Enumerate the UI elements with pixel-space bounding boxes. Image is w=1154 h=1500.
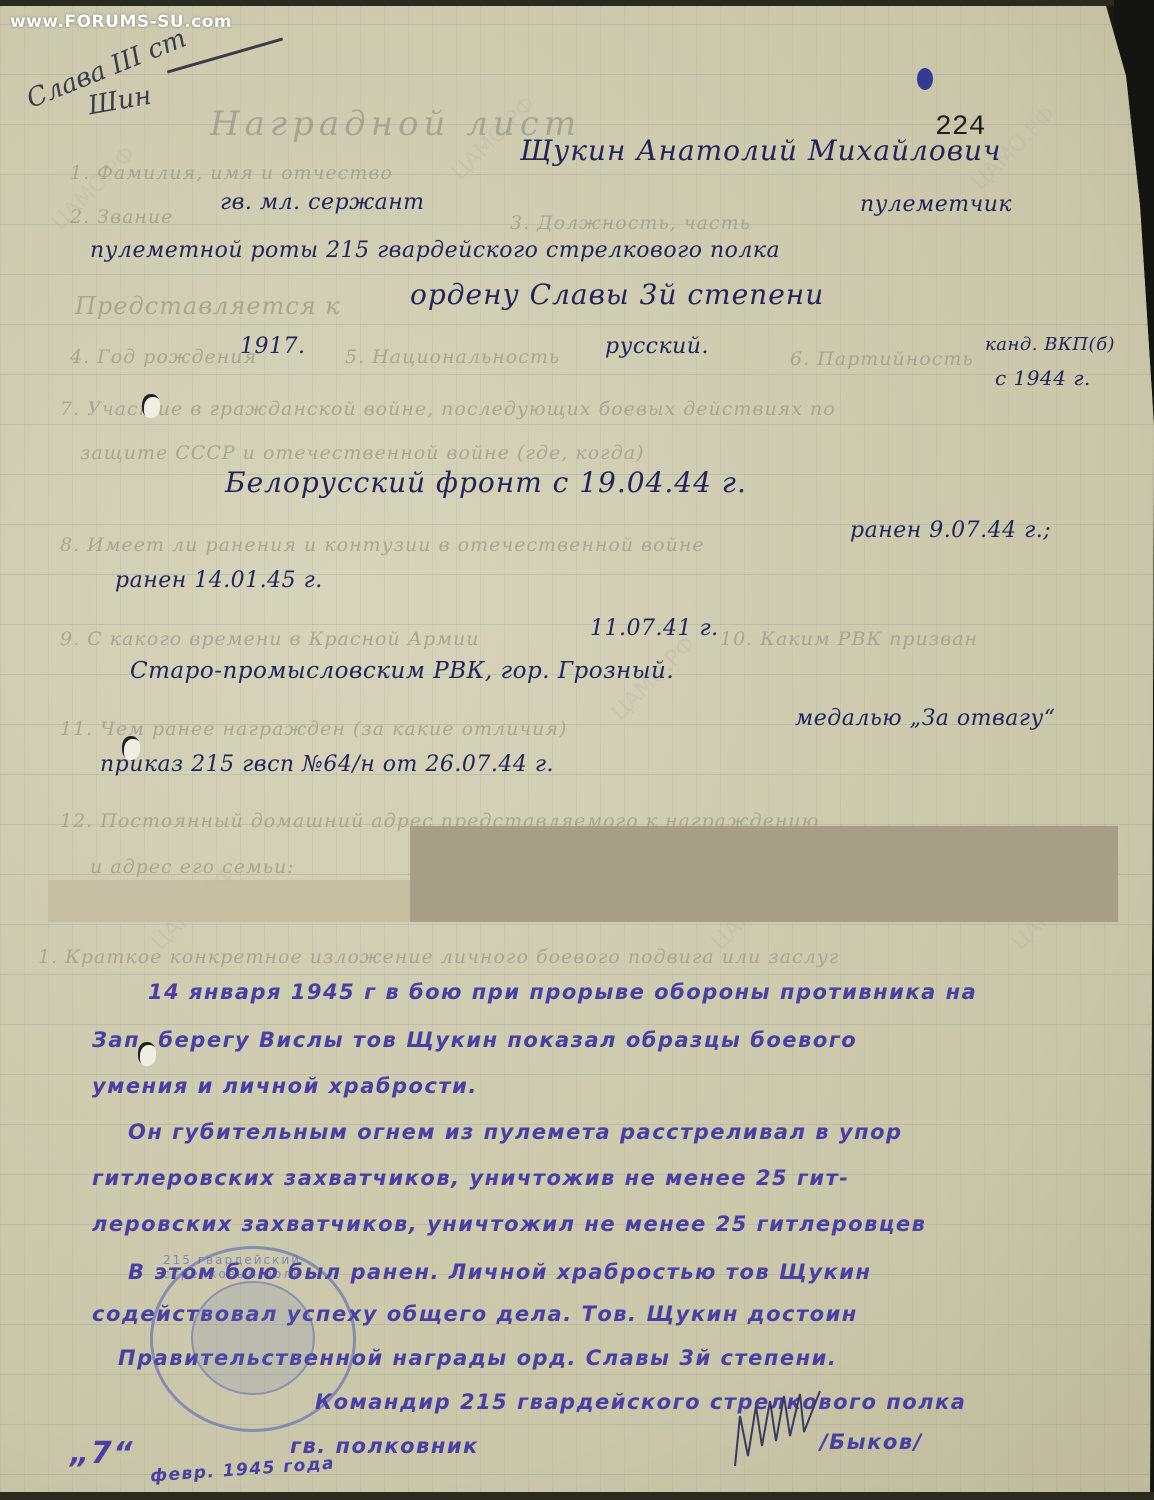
redacted-address-block bbox=[410, 826, 1118, 922]
punch-hole bbox=[142, 394, 160, 418]
field-label-rank: 2. Звание bbox=[70, 206, 173, 228]
redacted-address-strip bbox=[48, 880, 410, 922]
commander-title: Командир 215 гвардейского стрелкового по… bbox=[315, 1390, 966, 1414]
field-value-prev-awards-cont: приказ 215 гвсп №64/н от 26.07.44 г. bbox=[100, 752, 554, 777]
stamp-emblem bbox=[191, 1281, 315, 1395]
field-value-position: пулеметчик bbox=[860, 192, 1012, 217]
field-value-army-since: 11.07.41 г. bbox=[590, 616, 719, 641]
field-value-rank: гв. мл. сержант bbox=[220, 190, 425, 215]
field-value-nationality: русский. bbox=[605, 334, 709, 359]
field-value-birth-year: 1917. bbox=[240, 334, 305, 359]
site-watermark: www.FORUMS-SU.com bbox=[10, 12, 232, 32]
field-label-address-cont: и адрес его семьи: bbox=[90, 856, 295, 878]
field-value-party: канд. ВКП(б) bbox=[985, 334, 1115, 355]
narrative-line: гитлеровских захватчиков, уничтожив не м… bbox=[92, 1166, 849, 1190]
field-value-rvk: Старо-промысловским РВК, гор. Грозный. bbox=[130, 658, 674, 684]
field-value-award: ордену Славы 3й степени bbox=[410, 278, 824, 311]
narrative-line: умения и личной храбрости. bbox=[92, 1074, 478, 1098]
ink-blot bbox=[917, 68, 933, 90]
field-label-party: 6. Партийность bbox=[790, 348, 974, 370]
field-value-party-cont: с 1944 г. bbox=[995, 366, 1091, 390]
narrative-line: Зап. берегу Вислы тов Щукин показал обра… bbox=[92, 1028, 857, 1052]
field-label-rvk: 10. Каким РВК призван bbox=[720, 628, 978, 650]
commander-signature bbox=[730, 1386, 850, 1476]
narrative-line: Он губительным огнем из пулемета расстре… bbox=[128, 1120, 903, 1144]
field-label-narrative: 1. Краткое конкретное изложение личного … bbox=[38, 946, 839, 968]
date-month-year: февр. 1945 года bbox=[150, 1454, 336, 1487]
field-value-name: Щукин Анатолий Михайлович bbox=[520, 134, 1002, 167]
narrative-line: леровских захватчиков, уничтожил не мене… bbox=[92, 1212, 926, 1236]
document-page: ЦАМО.РФ ЦАМО.РФ ЦАМО.РФ ЦАМО.РФ ЦАМО.РФ … bbox=[0, 6, 1154, 1492]
field-label-nationality: 5. Национальность bbox=[345, 346, 560, 368]
field-value-wounds-cont: ранен 14.01.45 г. bbox=[115, 568, 323, 593]
field-label-position: 3. Должность, часть bbox=[510, 212, 751, 234]
field-label-wounds: 8. Имеет ли ранения и контузии в отечест… bbox=[60, 534, 705, 556]
field-value-wounds: ранен 9.07.44 г.; bbox=[850, 518, 1051, 543]
scan-top-border bbox=[0, 0, 1154, 6]
narrative-line: 14 января 1945 г в бою при прорыве оборо… bbox=[148, 980, 977, 1004]
date-day: „7“ bbox=[70, 1436, 134, 1471]
scan-bottom-border bbox=[0, 1492, 1154, 1500]
field-label-birth-year: 4. Год рождения bbox=[70, 346, 257, 368]
field-value-combat: Белорусский фронт с 19.04.44 г. bbox=[225, 466, 747, 499]
field-label-combat-cont: защите СССР и отечественной войне (где, … bbox=[80, 442, 645, 464]
field-value-prev-awards: медалью „За отвагу“ bbox=[795, 706, 1056, 731]
stamp-text: 215 гвардейский стрелковый полк bbox=[163, 1253, 353, 1281]
field-label-name: 1. Фамилия, имя и отчество bbox=[70, 162, 393, 184]
punch-hole bbox=[122, 736, 140, 760]
field-label-award: Представляется к bbox=[75, 292, 341, 320]
punch-hole bbox=[138, 1042, 156, 1066]
field-label-army-since: 9. С какого времени в Красной Армии bbox=[60, 628, 479, 650]
field-label-combat: 7. Участие в гражданской войне, последую… bbox=[60, 398, 836, 420]
field-value-position-cont: пулеметной роты 215 гвардейского стрелко… bbox=[90, 238, 780, 263]
